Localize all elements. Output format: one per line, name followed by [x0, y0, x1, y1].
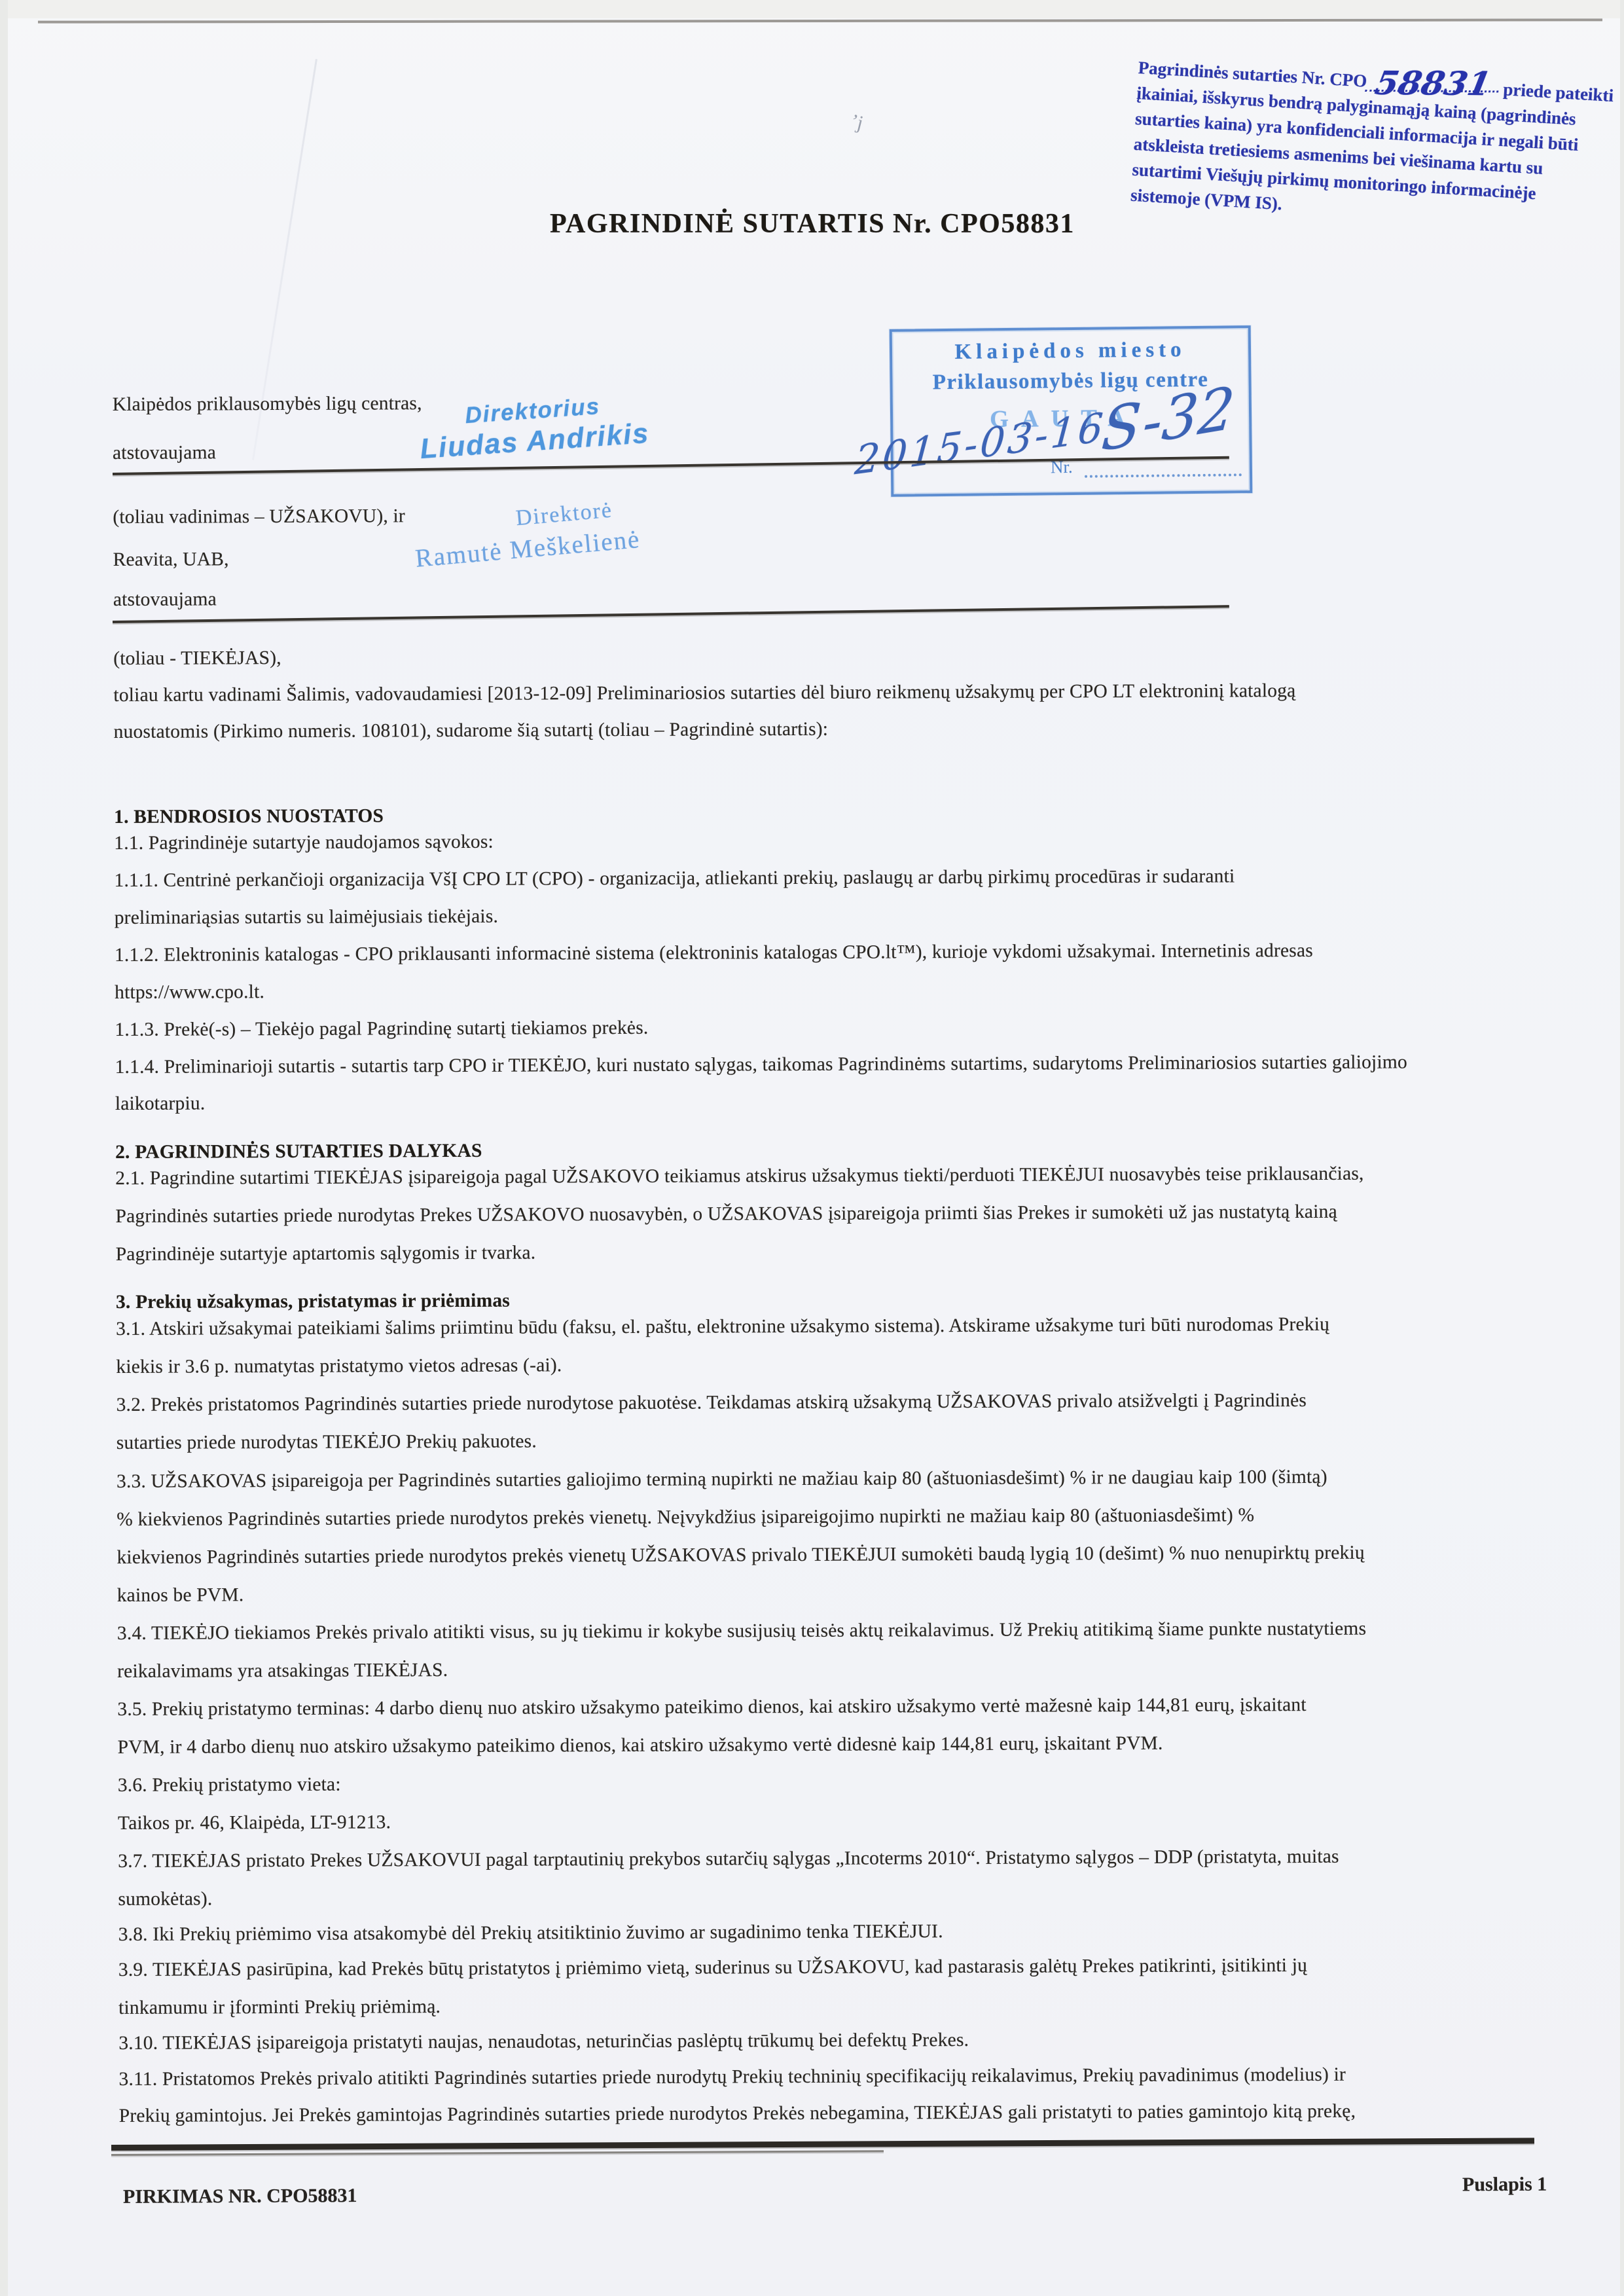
contract-line: 1.1.2. Elektroninis katalogas - CPO prik…: [115, 940, 1313, 966]
paper-sheet: ’j Pagrindinės sutarties Nr. CPO58831 pr…: [8, 0, 1620, 2296]
contract-line: laikotarpiu.: [115, 1093, 206, 1115]
contract-line: kiekvienos Pagrindinės sutarties priede …: [117, 1542, 1364, 1569]
party1-name: Klaipėdos priklausomybės ligų centras,: [113, 393, 422, 416]
contract-line: sumokėtas).: [118, 1888, 212, 1910]
contract-line: Pagrindinėje sutartyje aptartomis sąlygo…: [116, 1243, 536, 1266]
page-text-layer: Klaipėdos priklausomybės ligų centras, a…: [3, 0, 1623, 2296]
contract-line: 3.3. UŽSAKOVAS įsipareigoja per Pagrindi…: [117, 1467, 1327, 1493]
contract-line: 3.7. TIEKĖJAS pristato Prekes UŽSAKOVUI …: [118, 1846, 1339, 1872]
party2-name: Reavita, UAB,: [113, 549, 229, 571]
contract-line: preliminariąsias sutartis su laimėjusiai…: [115, 906, 498, 929]
contract-line: 2.1. Pagrindine sutartimi TIEKĖJAS įsipa…: [115, 1163, 1363, 1190]
contract-line: 1.1.4. Preliminarioji sutartis - sutarti…: [115, 1051, 1407, 1078]
contract-line: 2. PAGRINDINĖS SUTARTIES DALYKAS: [115, 1140, 482, 1163]
contract-line: PVM, ir 4 darbo dienų nuo atskiro užsaky…: [117, 1733, 1163, 1758]
contract-line: % kiekvienos Pagrindinės sutarties pried…: [117, 1504, 1254, 1531]
contract-line: 1.1.3. Prekė(-s) – Tiekėjo pagal Pagrind…: [115, 1017, 648, 1041]
party2-intro: (toliau vadinimas – UŽSAKOVU), ir: [113, 505, 405, 528]
contract-line: Pagrindinės sutarties priede nurodytas P…: [115, 1201, 1337, 1228]
contract-line: 1.1. Pagrindinėje sutartyje naudojamos s…: [114, 831, 494, 854]
contract-line: 3.6. Prekių pristatymo vieta:: [118, 1774, 341, 1796]
contract-line: 1.1.1. Centrinė perkančioji organizacija…: [114, 866, 1235, 892]
contract-line: Taikos pr. 46, Klaipėda, LT-91213.: [118, 1812, 391, 1834]
contract-line: 3.10. TIEKĖJAS įsipareigoja pristatyti n…: [118, 2030, 969, 2054]
scanned-contract-page: { "title": "PAGRINDINĖ SUTARTIS Nr. CPO5…: [0, 0, 1624, 2296]
contract-line: https://www.cpo.lt.: [115, 981, 264, 1004]
contract-line: reikalavimams yra atsakingas TIEKĖJAS.: [117, 1660, 448, 1683]
contract-line: 3.5. Prekių pristatymo terminas: 4 darbo…: [117, 1694, 1307, 1721]
contract-line: Prekių gamintojus. Jei Prekės gamintojas…: [119, 2101, 1356, 2127]
contract-line: tinkamumu ir įforminti Prekių priėmimą.: [118, 1996, 441, 2019]
contract-line: 3.2. Prekės pristatomos Pagrindinės suta…: [116, 1390, 1307, 1416]
contract-line: toliau kartu vadinami Šalimis, vadovauda…: [113, 680, 1295, 706]
party1-represented-label: atstovaujama: [113, 442, 216, 464]
contract-line: 3.1. Atskiri užsakymai pateikiami šalims…: [116, 1314, 1329, 1340]
contract-line: 1. BENDROSIOS NUOSTATOS: [114, 805, 384, 828]
footer-purchase-number: PIRKIMAS NR. CPO58831: [123, 2185, 357, 2208]
contract-line: kiekis ir 3.6 p. numatytas pristatymo vi…: [116, 1355, 562, 1378]
contract-line: 3.4. TIEKĖJO tiekiamos Prekės privalo at…: [117, 1618, 1366, 1645]
party2-represented-label: atstovaujama: [113, 589, 217, 611]
contract-line: sutarties priede nurodytas TIEKĖJO Preki…: [117, 1431, 537, 1454]
contract-line: nuostatomis (Pirkimo numeris. 108101), s…: [114, 719, 829, 743]
footer-page-number: Puslapis 1: [1462, 2174, 1547, 2196]
contract-line: kainos be PVM.: [117, 1584, 244, 1607]
contract-line: 3.8. Iki Prekių priėmimo visa atsakomybė…: [118, 1921, 943, 1946]
contract-line: 3.11. Pristatomos Prekės privalo atitikt…: [118, 2064, 1346, 2090]
contract-line: 3.9. TIEKĖJAS pasirūpina, kad Prekės būt…: [118, 1955, 1307, 1981]
contract-line: 3. Prekių užsakymas, pristatymas ir priė…: [116, 1290, 510, 1313]
contract-line: (toliau - TIEKĖJAS),: [113, 647, 281, 670]
